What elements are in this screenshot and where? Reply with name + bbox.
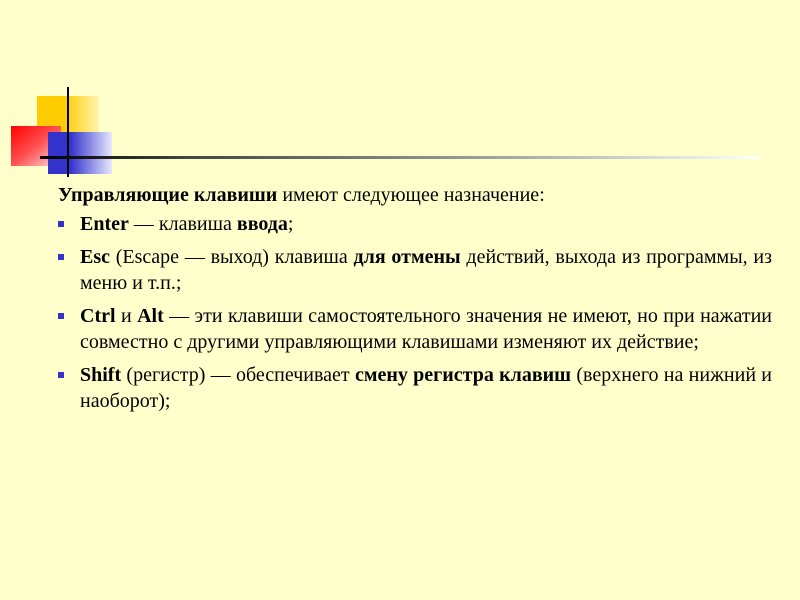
intro-text: имеют следующее назначение: — [277, 184, 544, 206]
list-item: Shift (регистр) — обеспечивает смену рег… — [58, 362, 772, 414]
text: и — [116, 305, 138, 327]
list-item: Ctrl и Alt — эти клавиши самостоятельног… — [58, 303, 772, 355]
square-bullet-icon — [58, 254, 64, 260]
decor-vertical-line — [67, 87, 69, 177]
bold-text: Esc — [80, 246, 110, 268]
slide-body: Управляющие клавиши имеют следующее назн… — [58, 182, 772, 421]
square-bullet-icon — [58, 372, 64, 378]
text: (Escape — выход) клавиша — [110, 246, 354, 268]
bold-text: для отмены — [354, 246, 461, 268]
list-item: Esc (Escape — выход) клавиша для отмены … — [58, 244, 772, 296]
intro-bold: Управляющие клавиши — [58, 184, 277, 206]
intro-paragraph: Управляющие клавиши имеют следующее назн… — [58, 182, 772, 208]
text: ; — [288, 213, 294, 235]
bold-text: Enter — [80, 213, 129, 235]
bold-text: Alt — [137, 305, 164, 327]
bullet-list: Enter — клавиша ввода;Esc (Escape — выхо… — [58, 211, 772, 414]
list-item: Enter — клавиша ввода; — [58, 211, 772, 237]
title-divider-line — [40, 156, 760, 159]
decor-blue-square — [48, 132, 112, 174]
text: (регистр) — обеспечивает — [121, 364, 355, 386]
bold-text: ввода — [237, 213, 288, 235]
square-bullet-icon — [58, 313, 64, 319]
bold-text: смену регистра клавиш — [355, 364, 571, 386]
bold-text: Ctrl — [80, 305, 116, 327]
text: — клавиша — [129, 213, 237, 235]
bold-text: Shift — [80, 364, 121, 386]
text: — эти клавиши самостоятельного значения … — [80, 305, 772, 353]
square-bullet-icon — [58, 221, 64, 227]
